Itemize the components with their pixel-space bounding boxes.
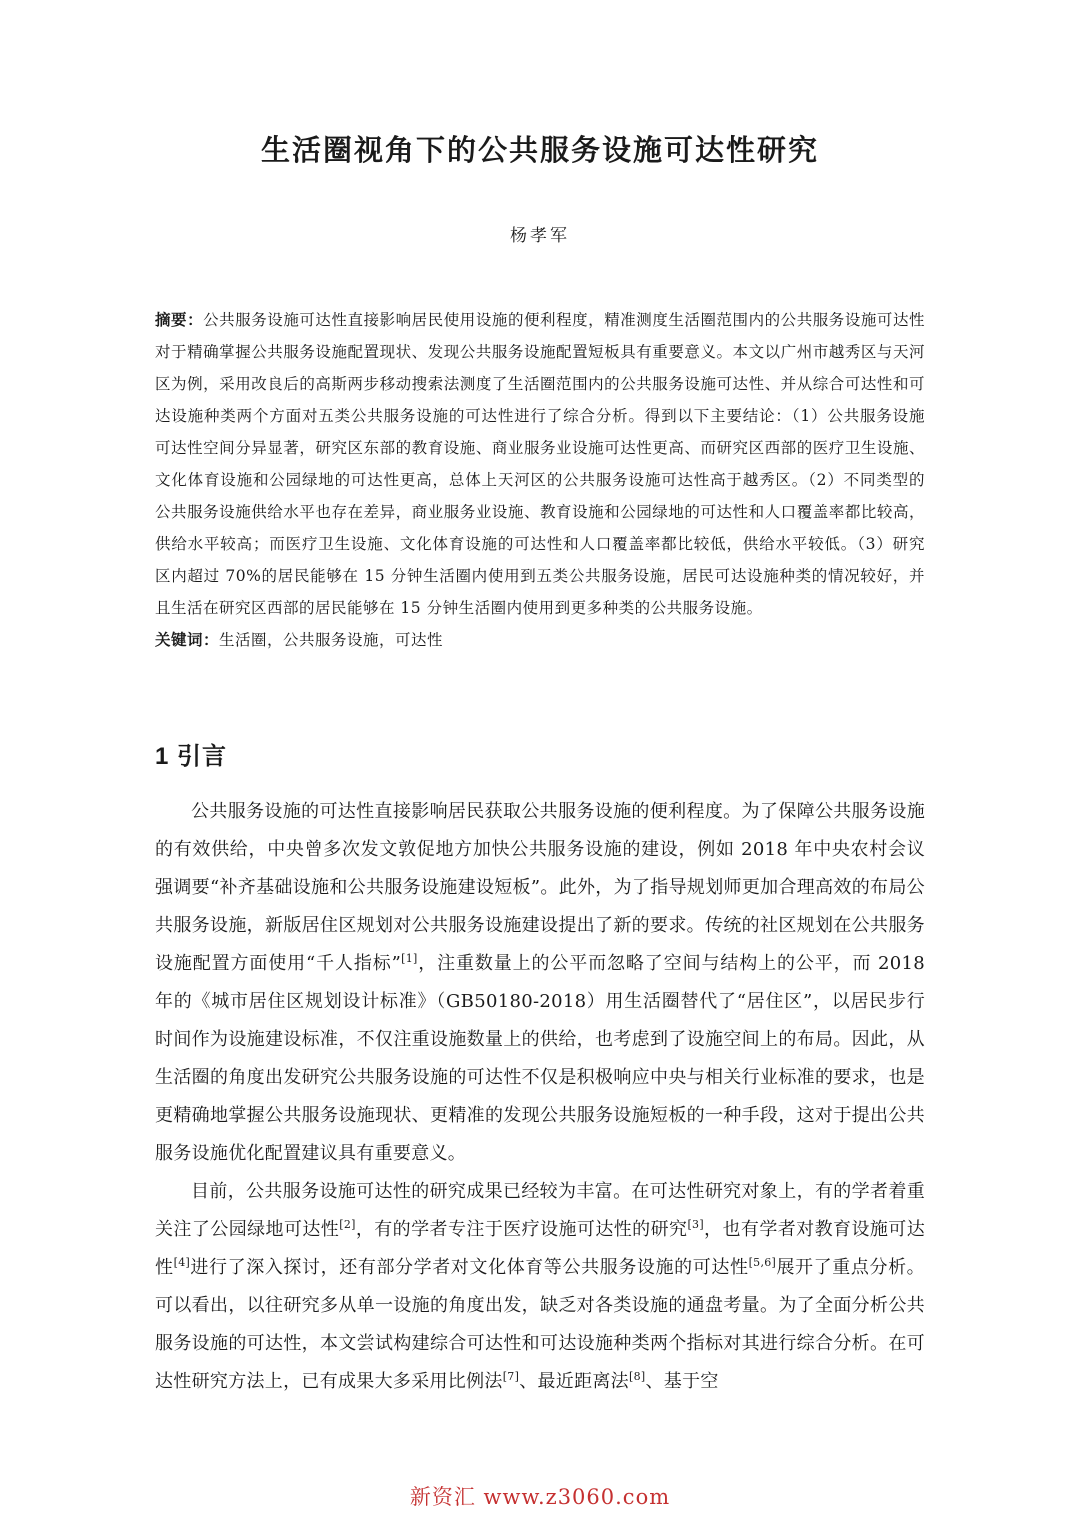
- paper-page: 生活圈视角下的公共服务设施可达性研究 杨孝军 摘要：公共服务设施可达性直接影响居…: [0, 0, 1080, 1527]
- paragraph-text: 、最近距离法: [519, 1371, 629, 1392]
- citation-ref: [1]: [401, 952, 417, 965]
- abstract-label: 摘要：: [155, 310, 203, 329]
- paragraph-text: ，注重数量上的公平而忽略了空间与结构上的公平，而 2018 年的《城市居住区规划…: [155, 953, 925, 1164]
- keywords: 关键词：生活圈，公共服务设施，可达性: [155, 624, 925, 656]
- abstract-text: 公共服务设施可达性直接影响居民使用设施的便利程度，精准测度生活圈范围内的公共服务…: [155, 311, 925, 617]
- abstract: 摘要：公共服务设施可达性直接影响居民使用设施的便利程度，精准测度生活圈范围内的公…: [155, 304, 925, 624]
- paragraph-text: ，有的学者专注于医疗设施可达性的研究: [356, 1219, 688, 1240]
- paragraph-text: 、基于空: [645, 1371, 718, 1392]
- citation-ref: [7]: [503, 1370, 519, 1383]
- citation-ref: [3]: [687, 1218, 703, 1231]
- keywords-text: 生活圈，公共服务设施，可达性: [219, 631, 443, 649]
- paper-title: 生活圈视角下的公共服务设施可达性研究: [155, 128, 925, 169]
- footer-watermark: 新资汇 www.z3060.com: [0, 1481, 1080, 1511]
- paragraph: 公共服务设施的可达性直接影响居民获取公共服务设施的便利程度。为了保障公共服务设施…: [155, 793, 925, 1173]
- paper-author: 杨孝军: [155, 221, 925, 246]
- citation-ref: [2]: [339, 1218, 355, 1231]
- citation-ref: [5,6]: [749, 1256, 777, 1269]
- paragraph: 目前，公共服务设施可达性的研究成果已经较为丰富。在可达性研究对象上，有的学者着重…: [155, 1173, 925, 1401]
- section-heading-introduction: 1 引言: [155, 736, 925, 771]
- paragraph-text: 进行了深入探讨，还有部分学者对文化体育等公共服务设施的可达性: [190, 1257, 748, 1278]
- citation-ref: [4]: [174, 1256, 190, 1269]
- paragraph-text: 公共服务设施的可达性直接影响居民获取公共服务设施的便利程度。为了保障公共服务设施…: [155, 801, 925, 974]
- introduction-body: 公共服务设施的可达性直接影响居民获取公共服务设施的便利程度。为了保障公共服务设施…: [155, 793, 925, 1401]
- citation-ref: [8]: [629, 1370, 645, 1383]
- keywords-label: 关键词：: [155, 630, 219, 649]
